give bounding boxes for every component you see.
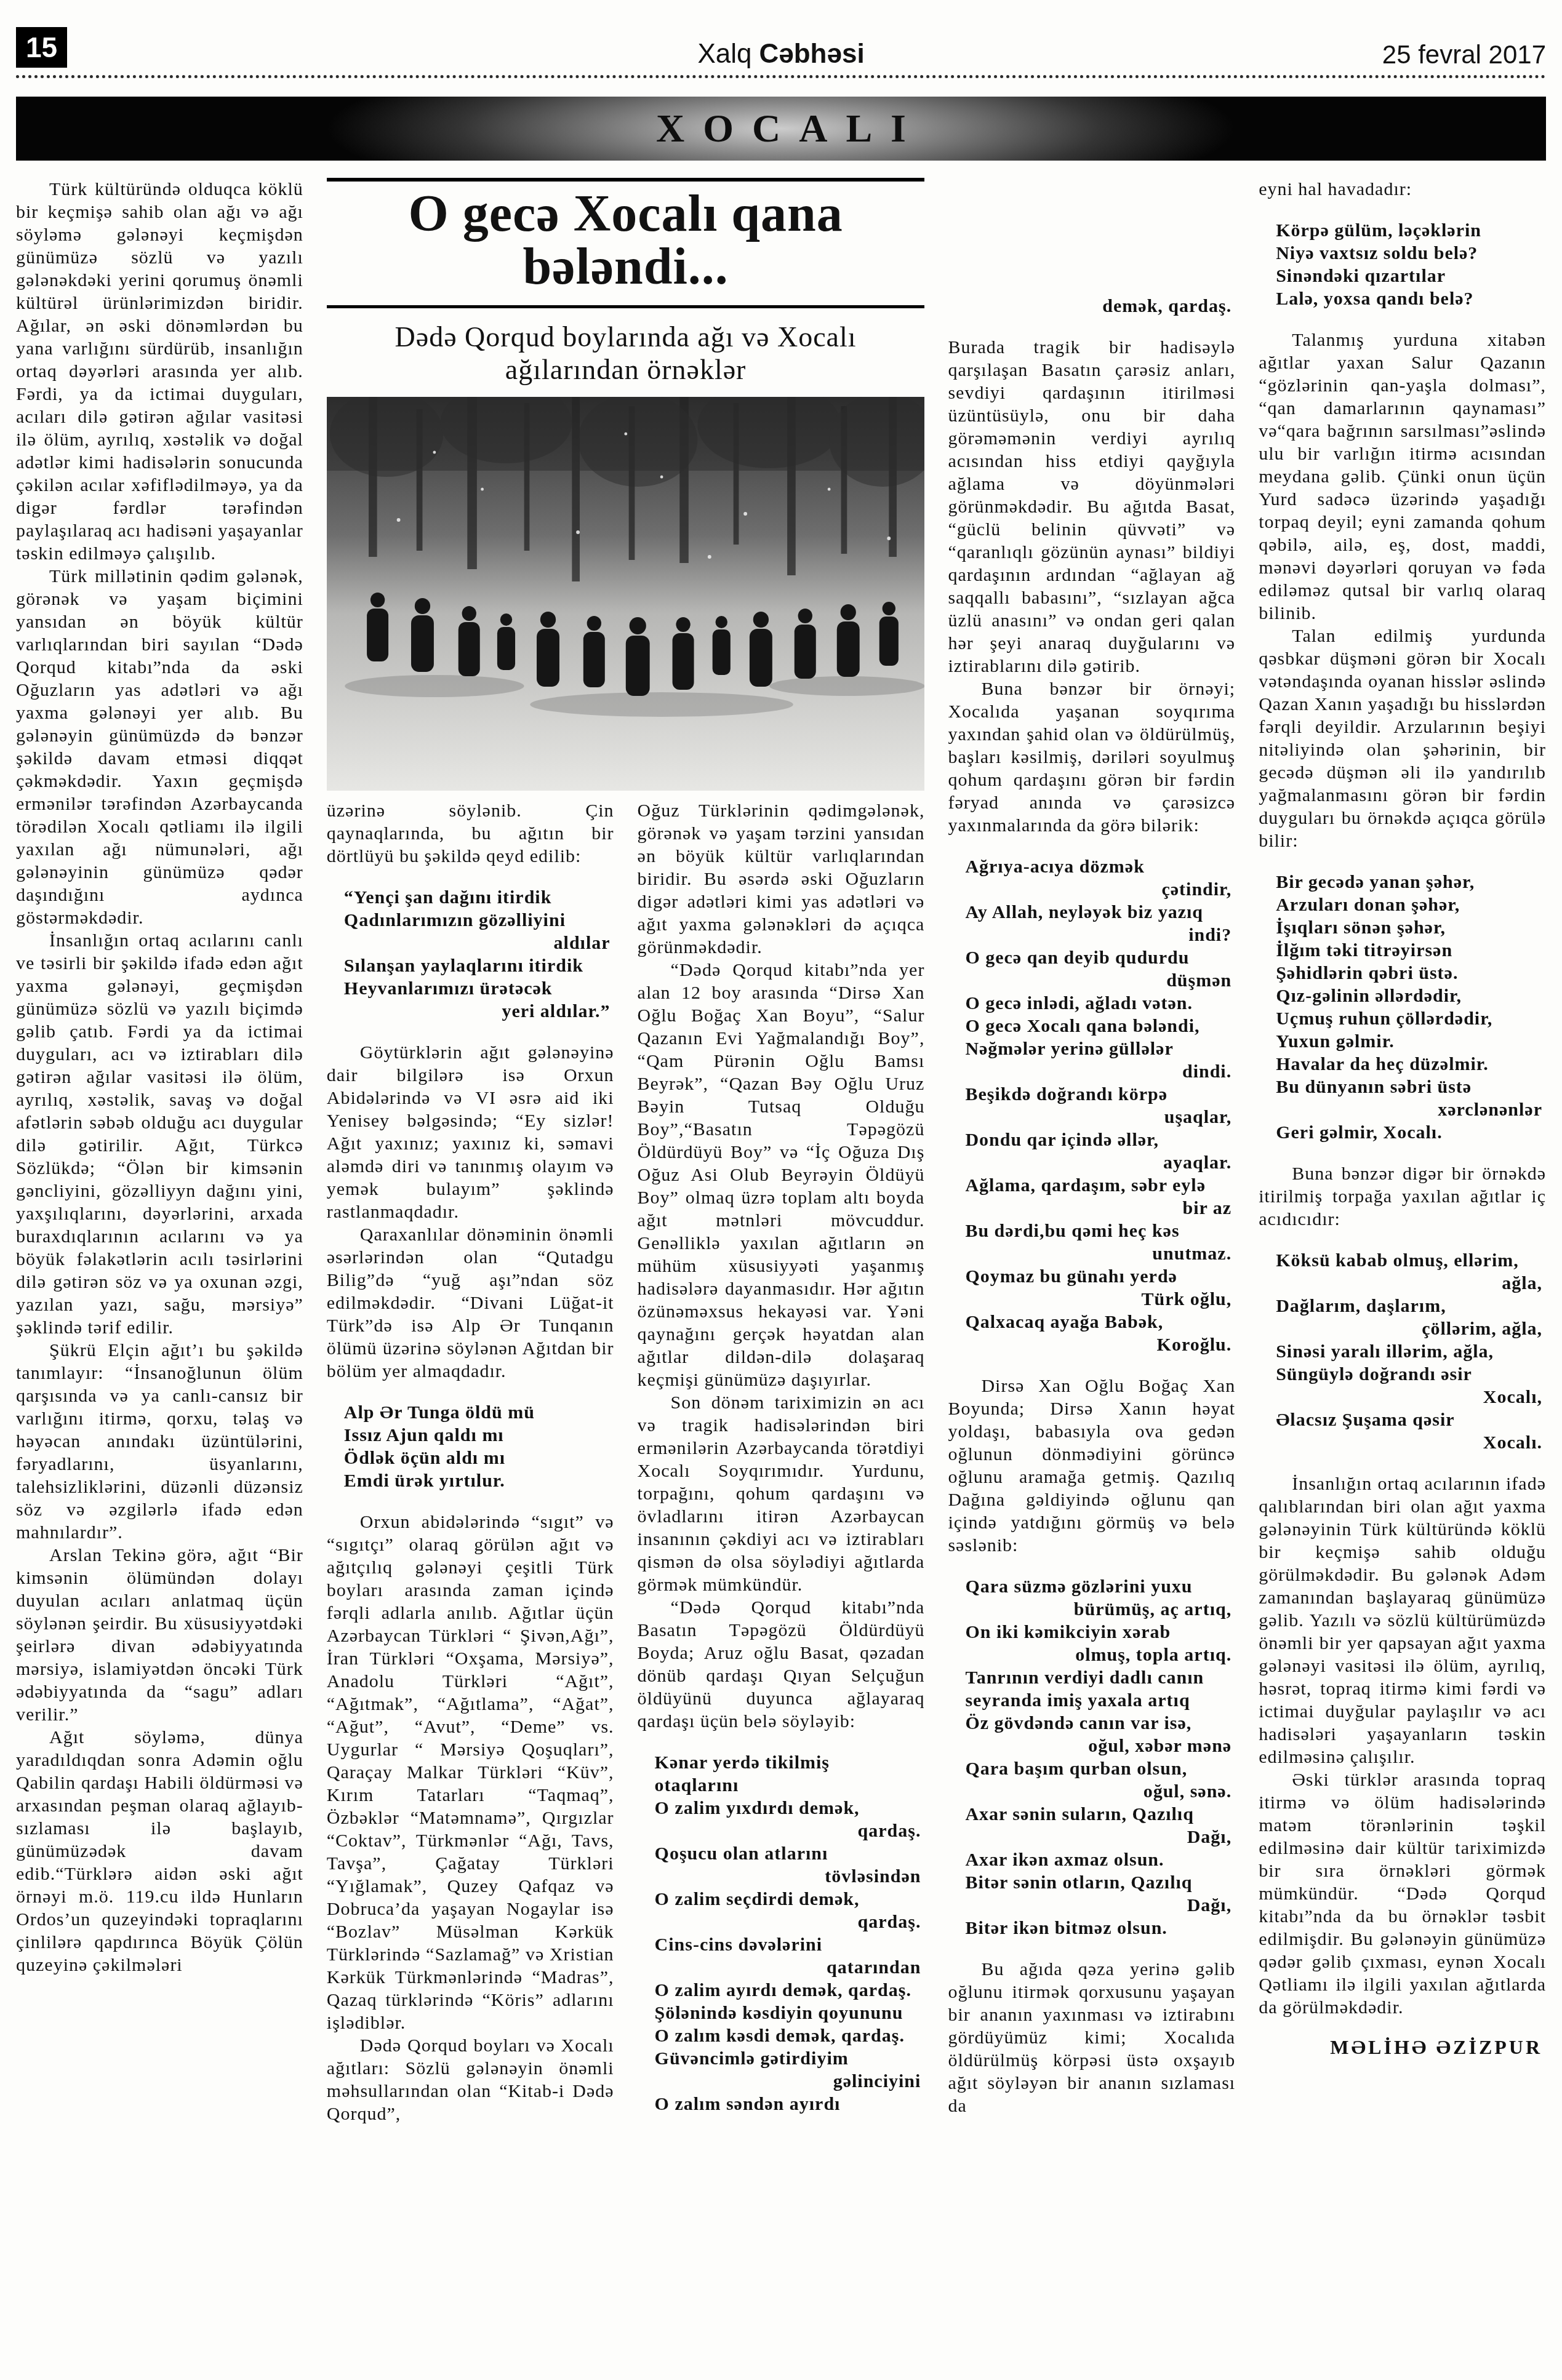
poem-line: O gecə Xocalı qana bələndi, bbox=[965, 1015, 1235, 1037]
poem-line: çöllərim, ağla, bbox=[1276, 1317, 1546, 1340]
poem-line: Xocalı. bbox=[1276, 1431, 1546, 1454]
poem-line: Nəğmələr yerinə güllələr bbox=[965, 1037, 1235, 1060]
paragraph: Talanmış yurduna xitabən ağıtlar yaxan S… bbox=[1259, 329, 1546, 625]
poem-line: ayaqlar. bbox=[965, 1151, 1235, 1174]
poem-line: Sinəndəki qızartılar bbox=[1276, 265, 1546, 287]
poem-line: On iki kəmikciyin xərab bbox=[965, 1621, 1235, 1643]
article-column-5-blocks: eyni hal havadadır:Körpə gülüm, ləçəklər… bbox=[1259, 178, 1546, 2019]
poem-line: gəlinciyini bbox=[655, 2070, 925, 2093]
paragraph: Buna bənzər digər bir örnəkdə itirilmiş … bbox=[1259, 1162, 1546, 1231]
poem-line: Qoymaz bu günahı yerdə bbox=[965, 1265, 1235, 1288]
poem-line: O gecə qan deyib qudurdu bbox=[965, 946, 1235, 969]
refugees-in-snow-photo bbox=[327, 397, 925, 791]
poem-line: qardaş. bbox=[655, 1911, 925, 1933]
poem: demək, qardaş. bbox=[948, 295, 1235, 317]
article-body: Türk kültüründə olduqca köklü bir keçmiş… bbox=[16, 178, 1546, 2134]
poem-line: Lalə, yoxsa qandı belə? bbox=[1276, 287, 1546, 310]
poem-line: oğul, xəbər mənə bbox=[965, 1735, 1235, 1757]
poem: Kənar yerdə tikilmişotaqlarınıO zalim yı… bbox=[638, 1751, 925, 2115]
article-two-columns: üzərinə söylənib. Çin qaynaqlarında, bu … bbox=[327, 799, 925, 2134]
poem-line: indi? bbox=[965, 924, 1235, 946]
poem-line: Yuxun gəlmir. bbox=[1276, 1030, 1546, 1053]
poem-line: Niyə vaxtsız soldu belə? bbox=[1276, 242, 1546, 265]
paragraph: Arslan Tekinə görə, ağıt “Bir kimsənin ö… bbox=[16, 1544, 303, 1726]
page-header: 15 XalqCəbhəsi 25 fevral 2017 bbox=[16, 0, 1546, 78]
poem-line: otaqlarını bbox=[655, 1774, 925, 1797]
poem-line: İşıqları sönən şəhər, bbox=[1276, 916, 1546, 939]
paragraph: Bu ağıda qəza yerinə gəlib oğlunu itirmə… bbox=[948, 1958, 1235, 2117]
poem-line: Köksü kabab olmuş, ellərim, bbox=[1276, 1249, 1546, 1272]
masthead-light: Xalq bbox=[697, 39, 751, 69]
poem-line: Ağrıya-acıya dözmək bbox=[965, 855, 1235, 878]
page-number: 15 bbox=[16, 27, 67, 68]
poem-line: Sinəsi yaralı illərim, ağla, bbox=[1276, 1340, 1546, 1363]
paragraph: eyni hal havadadır: bbox=[1259, 178, 1546, 201]
poem-line: ağla, bbox=[1276, 1272, 1546, 1295]
poem-line: O zalim seçdirdi demək, bbox=[655, 1888, 925, 1911]
poem-line: Körpə gülüm, ləçəklərin bbox=[1276, 219, 1546, 242]
poem: Körpə gülüm, ləçəklərinNiyə vaxtsız sold… bbox=[1259, 219, 1546, 310]
poem-line: yeri aldılar.” bbox=[344, 1000, 614, 1023]
poem-line: Bu dünyanın səbri üstə bbox=[1276, 1076, 1546, 1098]
article-column-2: üzərinə söylənib. Çin qaynaqlarında, bu … bbox=[327, 799, 614, 2125]
poem-line: Qalxacaq ayağa Babək, bbox=[965, 1311, 1235, 1333]
poem-line: uşaqlar, bbox=[965, 1106, 1235, 1128]
paragraph: üzərinə söylənib. Çin qaynaqlarında, bu … bbox=[327, 799, 614, 868]
poem-line: demək, qardaş. bbox=[965, 295, 1235, 317]
poem-line: Dağı, bbox=[965, 1826, 1235, 1848]
paragraph: Son dönəm tariximizin ən acı və tragik h… bbox=[638, 1391, 925, 1596]
paragraph: Şükrü Elçin ağıt’ı bu şəkildə tanımlayır… bbox=[16, 1339, 303, 1544]
poem-line: tövləsindən bbox=[655, 1865, 925, 1888]
poem-line: Türk oğlu, bbox=[965, 1288, 1235, 1311]
poem: “Yençi şan dağını itirdikQadınlarımızın … bbox=[327, 886, 614, 1023]
poem-line: bir az bbox=[965, 1197, 1235, 1220]
article-subtitle: Dədə Qorqud boylarında ağı və Xocalı ağı… bbox=[327, 308, 925, 397]
poem-line: Uçmuş ruhun çöllərdədir, bbox=[1276, 1007, 1546, 1030]
paragraph: Göytürklərin ağıt gələnəyinə dair bilgil… bbox=[327, 1041, 614, 1223]
poem-line: oğul, sənə. bbox=[965, 1780, 1235, 1803]
poem-line: Ödlək öçün aldı mı bbox=[344, 1447, 614, 1469]
poem-line: qardaş. bbox=[655, 1819, 925, 1842]
poem-line: Güvəncimlə gətirdiyim bbox=[655, 2047, 925, 2070]
poem-line: Əlacsız Şuşama qəsir bbox=[1276, 1408, 1546, 1431]
newspaper-page: 15 XalqCəbhəsi 25 fevral 2017 XOCALI Tür… bbox=[0, 0, 1562, 2380]
poem-line: Beşikdə doğrandı körpə bbox=[965, 1083, 1235, 1106]
section-banner: XOCALI bbox=[16, 97, 1546, 161]
article-column-1: Türk kültüründə olduqca köklü bir keçmiş… bbox=[16, 178, 303, 1976]
poem-line: unutmaz. bbox=[965, 1242, 1235, 1265]
poem-line: qatarından bbox=[655, 1956, 925, 1979]
byline: MƏLİHƏ ƏZİZPUR bbox=[1259, 2036, 1546, 2059]
paragraph: İnsanlığın ortaq acılarının ifadə qalıbl… bbox=[1259, 1472, 1546, 1768]
poem: Ağrıya-acıya dözməkçətindir,Ay Allah, ne… bbox=[948, 855, 1235, 1356]
poem-line: Sılanşan yaylaqlarını itirdik bbox=[344, 954, 614, 977]
poem-line: Qara başım qurban olsun, bbox=[965, 1757, 1235, 1780]
poem-line: seyranda imiş yaxala artıq bbox=[965, 1689, 1235, 1712]
section-title: XOCALI bbox=[638, 106, 924, 151]
poem-line: O zalım səndən ayırdı bbox=[655, 2093, 925, 2115]
poem-line: aldılar bbox=[344, 932, 614, 954]
poem-line: O zalım kəsdi demək, qardaş. bbox=[655, 2024, 925, 2047]
poem-line: çətindir, bbox=[965, 878, 1235, 901]
paragraph: İnsanlığın ortaq acılarını canlı ve təsi… bbox=[16, 929, 303, 1339]
poem-line: bürümüş, aç artıq, bbox=[965, 1598, 1235, 1621]
poem-line: Geri gəlmir, Xocalı. bbox=[1276, 1121, 1546, 1144]
poem-line: Ay Allah, neyləyək biz yazıq bbox=[965, 901, 1235, 924]
poem-line: Axar ikən axmaz olsun. bbox=[965, 1848, 1235, 1871]
poem-line: Öz gövdəndə canın var isə, bbox=[965, 1712, 1235, 1735]
poem-line: Dağı, bbox=[965, 1894, 1235, 1917]
article-column-5: eyni hal havadadır:Körpə gülüm, ləçəklər… bbox=[1259, 178, 1546, 2059]
poem-line: olmuş, topla artıq. bbox=[965, 1643, 1235, 1666]
poem-line: Emdi ürək yırtılur. bbox=[344, 1469, 614, 1492]
poem-line: Dondu qar içində əllər, bbox=[965, 1128, 1235, 1151]
issue-date: 25 fevral 2017 bbox=[1382, 42, 1546, 68]
poem: Köksü kabab olmuş, ellərim,ağla,Dağlarım… bbox=[1259, 1249, 1546, 1454]
poem-line: Qadınlarımızın gözəlliyini bbox=[344, 909, 614, 932]
poem-line: düşmən bbox=[965, 969, 1235, 992]
poem-line: Axar sənin suların, Qazılıq bbox=[965, 1803, 1235, 1826]
poem-line: Ağlama, qardaşım, səbr eylə bbox=[965, 1174, 1235, 1197]
poem-line: Issız Ajun qaldı mı bbox=[344, 1424, 614, 1447]
poem-line: Alp Ər Tunga öldü mü bbox=[344, 1401, 614, 1424]
xocali-photo bbox=[327, 397, 925, 791]
poem-line: Bitər ikən bitməz olsun. bbox=[965, 1917, 1235, 1939]
paragraph: Oğuz Türklərinin qədimgələnək, görənək v… bbox=[638, 799, 925, 959]
poem-line: Bu dərdi,bu qəmi heç kəs bbox=[965, 1220, 1235, 1242]
poem: Bir gecədə yanan şəhər,Arzuları donan şə… bbox=[1259, 871, 1546, 1144]
paragraph: Talan edilmiş yurdunda qəsbkar düşməni g… bbox=[1259, 625, 1546, 852]
poem-line: Bir gecədə yanan şəhər, bbox=[1276, 871, 1546, 893]
poem-line: Havalar da heç düzəlmir. bbox=[1276, 1053, 1546, 1076]
article-center-block: O gecə Xocalı qana bələndi... Dədə Qorqu… bbox=[327, 178, 925, 2134]
paragraph: Əski türklər arasında topraq itirmə və ö… bbox=[1259, 1768, 1546, 2019]
paragraph: Dirsə Xan Oğlu Boğaç Xan Boyunda; Dirsə … bbox=[948, 1375, 1235, 1557]
paragraph: Ağıt söyləmə, dünya yaradıldıqdan sonra … bbox=[16, 1726, 303, 1976]
paragraph: “Dədə Qorqud kitabı”nda Basatın Təpəgözü… bbox=[638, 1596, 925, 1733]
poem-line: Qara süzmə gözlərini yuxu bbox=[965, 1575, 1235, 1598]
poem-line: Arzuları donan şəhər, bbox=[1276, 893, 1546, 916]
paragraph: Dədə Qorqud boyları və Xocalı ağıtları: … bbox=[327, 2034, 614, 2125]
poem-line: Qız-gəlinin əllərdədir, bbox=[1276, 984, 1546, 1007]
masthead: XalqCəbhəsi bbox=[697, 41, 864, 68]
poem-line: O zalim ayırdı demək, qardaş. bbox=[655, 1979, 925, 2002]
poem-line: Xocalı, bbox=[1276, 1386, 1546, 1408]
poem-line: Koroğlu. bbox=[965, 1333, 1235, 1356]
poem-line: Tanrının verdiyi dadlı canın bbox=[965, 1666, 1235, 1689]
paragraph: Buna bənzər bir örnəyi; Xocalıda yaşanan… bbox=[948, 677, 1235, 837]
paragraph: “Dədə Qorqud kitabı”nda yer alan 12 boy … bbox=[638, 959, 925, 1391]
poem-line: İlğım təki titrəyirsən bbox=[1276, 939, 1546, 962]
paragraph: Orxun abidələrində “sıgıt” və “sıgıtçı” … bbox=[327, 1511, 614, 2034]
article-column-4: demək, qardaş.Burada tragik bir hadisəyl… bbox=[948, 178, 1235, 2117]
paragraph: Türk kültüründə olduqca köklü bir keçmiş… bbox=[16, 178, 303, 565]
article-column-3: Oğuz Türklərinin qədimgələnək, görənək v… bbox=[638, 799, 925, 2134]
poem-line: O zalim yıxdırdı demək, bbox=[655, 1797, 925, 1819]
poem: Qara süzmə gözlərini yuxubürümüş, aç art… bbox=[948, 1575, 1235, 1939]
poem-line: Kənar yerdə tikilmiş bbox=[655, 1751, 925, 1774]
poem-line: xərclənənlər bbox=[1276, 1098, 1546, 1121]
poem-line: dindi. bbox=[965, 1060, 1235, 1083]
paragraph: Türk millətinin qədim gələnək, görənək v… bbox=[16, 565, 303, 929]
poem-line: Bitər sənin otların, Qazılıq bbox=[965, 1871, 1235, 1894]
poem-line: Heyvanlarımızı ürətəcək bbox=[344, 977, 614, 1000]
masthead-bold: Cəbhəsi bbox=[759, 39, 864, 69]
poem-line: O gecə inlədi, ağladı vətən. bbox=[965, 992, 1235, 1015]
article-headline: O gecə Xocalı qana bələndi... bbox=[327, 178, 925, 308]
paragraph: Qaraxanlılar dönəminin önəmli əsərlərind… bbox=[327, 1223, 614, 1383]
poem-line: Süngüylə doğrandı əsir bbox=[1276, 1363, 1546, 1386]
poem-line: “Yençi şan dağını itirdik bbox=[344, 886, 614, 909]
poem-line: Şəhidlərin qəbri üstə. bbox=[1276, 962, 1546, 984]
poem-line: Cins-cins dəvələrini bbox=[655, 1933, 925, 1956]
poem: Alp Ər Tunga öldü müIssız Ajun qaldı mıÖ… bbox=[327, 1401, 614, 1492]
paragraph: Burada tragik bir hadisəylə qarşılaşan B… bbox=[948, 336, 1235, 677]
poem-line: Qoşucu olan atlarını bbox=[655, 1842, 925, 1865]
poem-line: Dağlarım, daşlarım, bbox=[1276, 1295, 1546, 1317]
poem-line: Şölənində kəsdiyin qoyununu bbox=[655, 2002, 925, 2024]
